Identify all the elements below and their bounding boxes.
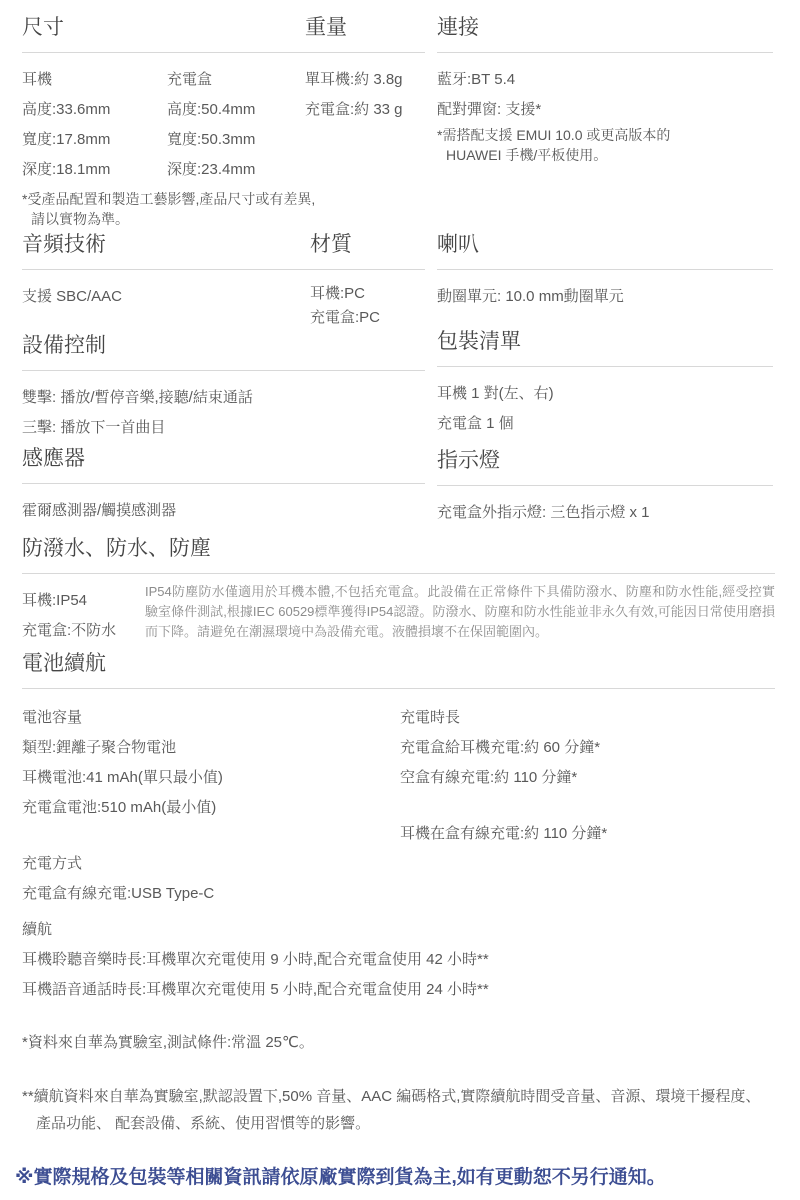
section-divider: [22, 370, 425, 371]
dimensions-note: *受產品配置和製造工藝影響,產品尺寸或有差異, 請以實物為準。: [22, 189, 425, 229]
battery-title: 電池續航: [22, 650, 775, 678]
earbud-battery-value: 耳機電池:41 mAh(單只最小值): [22, 763, 400, 793]
water-ratings: 耳機:IP54 充電盒:不防水: [22, 586, 145, 646]
right-column: 喇叭 動圈單元: 10.0 mm動圈單元 包裝清單 耳機 1 對(左、右) 充電…: [437, 231, 773, 528]
water-earbud-rating: 耳機:IP54: [22, 586, 145, 616]
case-width-value: 寬度:50.3mm: [167, 125, 305, 155]
case-depth-value: 深度:23.4mm: [167, 155, 305, 185]
connection-note: *需搭配支援 EMUI 10.0 或更高版本的 HUAWEI 手機/平板使用。: [437, 125, 773, 165]
endurance-label: 續航: [22, 915, 775, 945]
earbud-depth-value: 深度:18.1mm: [22, 155, 167, 185]
triple-tap-value: 三擊: 播放下一首曲目: [22, 413, 425, 443]
speaker-title: 喇叭: [437, 231, 773, 259]
audio-tech-title: 音頻技術: [22, 231, 310, 259]
material-title: 材質: [310, 231, 352, 259]
section-divider: [437, 52, 773, 53]
device-control-title: 設備控制: [22, 332, 425, 360]
spec-page: 尺寸 重量 耳機 充電盒 單耳機:約 3.8g 高度:33.6mm 高度:50.…: [0, 0, 800, 1200]
weight-title: 重量: [305, 14, 347, 42]
package-item-earbuds: 耳機 1 對(左、右): [437, 379, 773, 409]
pairing-popup-value: 配對彈窗: 支援*: [437, 95, 773, 125]
charge-method-label: 充電方式: [22, 849, 775, 879]
section-divider: [22, 269, 425, 270]
section-divider: [437, 366, 773, 367]
connection-title: 連接: [437, 14, 773, 42]
battery-capacity-block: 電池容量 類型:鋰離子聚合物電池 耳機電池:41 mAh(單只最小值) 充電盒電…: [22, 703, 400, 849]
charge-method-value: 充電盒有線充電:USB Type-C: [22, 879, 775, 909]
package-title: 包裝清單: [437, 328, 773, 356]
section-dimensions-weight: 尺寸 重量 耳機 充電盒 單耳機:約 3.8g 高度:33.6mm 高度:50.…: [22, 14, 425, 229]
weight-case-value: 充電盒:約 33 g: [305, 95, 425, 125]
connection-note-line1: *需搭配支援 EMUI 10.0 或更高版本的: [437, 125, 773, 145]
charge-time-label: 充電時長: [400, 703, 775, 733]
section-divider: [22, 483, 425, 484]
weight-earbud-value: 單耳機:約 3.8g: [305, 65, 425, 95]
section-battery: 電池續航 電池容量 類型:鋰離子聚合物電池 耳機電池:41 mAh(單只最小值)…: [22, 650, 775, 1005]
footnote-endurance: **續航資料來自華為實驗室,默認設置下,50% 音量、AAC 編碼格式,實際續航…: [22, 1083, 775, 1137]
case-to-earbud-charge-value: 充電盒給耳機充電:約 60 分鐘*: [400, 733, 775, 763]
audio-codec-value: 支援 SBC/AAC: [22, 282, 310, 330]
sensor-value: 霍爾感測器/觸摸感測器: [22, 496, 425, 526]
battery-capacity-label: 電池容量: [22, 703, 400, 733]
footnote-lab: *資料來自華為實驗室,測試條件:常溫 25℃。: [22, 1033, 775, 1053]
indicator-value: 充電盒外指示燈: 三色指示燈 x 1: [437, 498, 773, 528]
ip54-note: IP54防塵防水僅適用於耳機本體,不包括充電盒。此設備在正常條件下具備防潑水、防…: [145, 582, 775, 646]
material-case-value: 充電盒:PC: [310, 306, 425, 330]
empty-case-charge-value: 空盒有線充電:約 110 分鐘*: [400, 763, 775, 793]
section-divider: [437, 269, 773, 270]
charge-time-block: 充電時長 充電盒給耳機充電:約 60 分鐘* 空盒有線充電:約 110 分鐘* …: [400, 703, 775, 849]
band-middle: 音頻技術 材質 支援 SBC/AAC 耳機:PC 充電盒:PC 設備控制 雙擊:…: [22, 231, 775, 528]
section-divider: [22, 573, 775, 574]
package-item-case: 充電盒 1 個: [437, 409, 773, 439]
stock-disclaimer: ※實際規格及包裝等相關資訊請依原廠實際到貨為主,如有更動恕不另行通知。: [15, 1165, 775, 1191]
earbud-height-value: 高度:33.6mm: [22, 95, 167, 125]
case-battery-value: 充電盒電池:510 mAh(最小值): [22, 793, 400, 823]
case-column-header: 充電盒: [167, 65, 305, 95]
dimensions-note-line2: 請以實物為準。: [22, 209, 425, 229]
section-water-resistance: 防潑水、防水、防塵 耳機:IP54 充電盒:不防水 IP54防塵防水僅適用於耳機…: [22, 535, 775, 646]
music-endurance-value: 耳機聆聽音樂時長:耳機單次充電使用 9 小時,配合充電盒使用 42 小時**: [22, 945, 775, 975]
endurance-block: 續航 耳機聆聽音樂時長:耳機單次充電使用 9 小時,配合充電盒使用 42 小時*…: [22, 915, 775, 1005]
charge-method-block: 充電方式 充電盒有線充電:USB Type-C: [22, 849, 775, 909]
material-earbud-value: 耳機:PC: [310, 282, 425, 306]
section-divider: [22, 688, 775, 689]
water-case-rating: 充電盒:不防水: [22, 616, 145, 646]
bluetooth-value: 藍牙:BT 5.4: [437, 65, 773, 95]
section-divider: [22, 52, 425, 53]
case-height-value: 高度:50.4mm: [167, 95, 305, 125]
battery-type-value: 類型:鋰離子聚合物電池: [22, 733, 400, 763]
dimensions-note-line1: *受產品配置和製造工藝影響,產品尺寸或有差異,: [22, 189, 425, 209]
earbud-column-header: 耳機: [22, 65, 167, 95]
dimensions-title: 尺寸: [22, 14, 305, 42]
indicator-title: 指示燈: [437, 447, 773, 475]
material-values: 耳機:PC 充電盒:PC: [310, 282, 425, 330]
section-divider: [437, 485, 773, 486]
driver-value: 動圈單元: 10.0 mm動圈單元: [437, 282, 773, 312]
band-top: 尺寸 重量 耳機 充電盒 單耳機:約 3.8g 高度:33.6mm 高度:50.…: [22, 14, 775, 229]
earbud-in-case-charge-value: 耳機在盒有線充電:約 110 分鐘*: [400, 819, 775, 849]
double-tap-value: 雙擊: 播放/暫停音樂,接聽/結束通話: [22, 383, 425, 413]
earbud-width-value: 寬度:17.8mm: [22, 125, 167, 155]
call-endurance-value: 耳機語音通話時長:耳機單次充電使用 5 小時,配合充電盒使用 24 小時**: [22, 975, 775, 1005]
section-connection: 連接 藍牙:BT 5.4 配對彈窗: 支援* *需搭配支援 EMUI 10.0 …: [437, 14, 773, 229]
sensors-title: 感應器: [22, 445, 425, 473]
left-column: 音頻技術 材質 支援 SBC/AAC 耳機:PC 充電盒:PC 設備控制 雙擊:…: [22, 231, 425, 528]
water-title: 防潑水、防水、防塵: [22, 535, 775, 563]
connection-note-line2: HUAWEI 手機/平板使用。: [437, 145, 773, 165]
